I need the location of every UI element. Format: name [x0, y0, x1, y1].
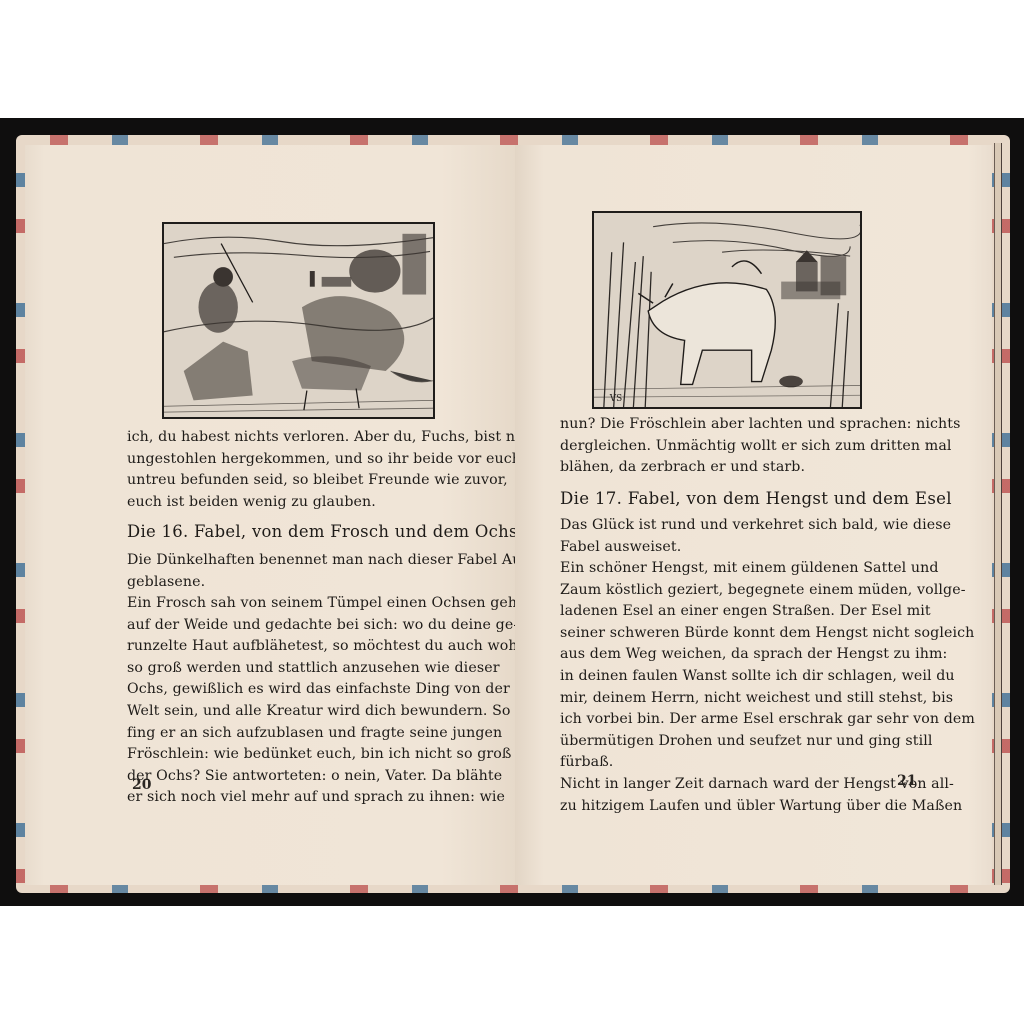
- text-line: Zaum köstlich geziert, begegnete einem m…: [560, 580, 922, 602]
- page-number-left: 20: [132, 777, 151, 793]
- text-line: Nicht in langer Zeit darnach ward der He…: [560, 774, 922, 796]
- text-line: untreu befunden seid, so bleibet Freunde…: [127, 470, 477, 492]
- text-line: ich vorbei bin. Der arme Esel erschrak g…: [560, 709, 922, 731]
- text-line: in deinen faulen Wanst sollte ich dir sc…: [560, 666, 922, 688]
- text-line: auf der Weide und gedachte bei sich: wo …: [127, 615, 477, 637]
- page-number-right: 21: [897, 773, 916, 789]
- fable-16-heading: Die 16. Fabel, von dem Frosch und dem Oc…: [127, 522, 539, 541]
- text-line: der Ochs? Sie antworteten: o nein, Vater…: [127, 766, 477, 788]
- text-line: Welt sein, und alle Kreatur wird dich be…: [127, 701, 477, 723]
- text-line: ungestohlen hergekommen, und so ihr beid…: [127, 449, 477, 471]
- text-line: euch ist beiden wenig zu glauben.: [127, 492, 477, 514]
- monkey-and-foxes-woodcut-icon: [164, 224, 433, 417]
- text-line: runzelte Haut aufblähetest, so möchtest …: [127, 636, 477, 658]
- text-line: nun? Die Fröschlein aber lachten und spr…: [560, 414, 922, 436]
- text-line: er sich noch viel mehr auf und sprach zu…: [127, 787, 477, 809]
- text-line: Ochs, gewißlich es wird das einfachste D…: [127, 679, 477, 701]
- text-line: fing er an sich aufzublasen und fragte s…: [127, 723, 477, 745]
- text-line: so groß werden und stattlich anzusehen w…: [127, 658, 477, 680]
- text-line: Das Glück ist rund und verkehret sich ba…: [560, 515, 922, 537]
- text-line: ladenen Esel an einer engen Straßen. Der…: [560, 601, 922, 623]
- text-line: Ein Frosch sah von seinem Tümpel einen O…: [127, 593, 477, 615]
- text-line: zu hitzigem Laufen und übler Wartung übe…: [560, 796, 922, 818]
- right-continued-text: nun? Die Fröschlein aber lachten und spr…: [560, 414, 922, 479]
- right-woodcut-illustration: VS: [592, 211, 862, 409]
- text-line: dergleichen. Unmächtig wollt er sich zum…: [560, 436, 922, 458]
- text-line: ich, du habest nichts verloren. Aber du,…: [127, 427, 477, 449]
- text-line: aus dem Weg weichen, da sprach der Hengs…: [560, 644, 922, 666]
- text-line: Die Dünkelhaften benennet man nach diese…: [127, 550, 477, 572]
- svg-text:VS: VS: [609, 394, 622, 404]
- ox-and-frog-woodcut-icon: VS: [594, 213, 860, 407]
- fable-17-heading: Die 17. Fabel, von dem Hengst und dem Es…: [560, 489, 952, 508]
- text-line: fürbaß.: [560, 752, 922, 774]
- text-line: mir, deinem Herrn, nicht weichest und st…: [560, 688, 922, 710]
- fable-17-moral: Das Glück ist rund und verkehret sich ba…: [560, 515, 922, 558]
- left-woodcut-illustration: [162, 222, 435, 419]
- text-line: geblasene.: [127, 572, 477, 594]
- text-line: Ein schöner Hengst, mit einem güldenen S…: [560, 558, 922, 580]
- fable-16-body: Ein Frosch sah von seinem Tümpel einen O…: [127, 593, 477, 809]
- page-edge: [994, 143, 1002, 885]
- left-continued-text: ich, du habest nichts verloren. Aber du,…: [127, 427, 477, 513]
- text-line: übermütigen Drohen und seufzet nur und g…: [560, 731, 922, 753]
- text-line: Fröschlein: wie bedünket euch, bin ich n…: [127, 744, 477, 766]
- text-line: seiner schweren Bürde konnt dem Hengst n…: [560, 623, 922, 645]
- text-line: Fabel ausweiset.: [560, 537, 922, 559]
- fable-16-moral: Die Dünkelhaften benennet man nach diese…: [127, 550, 477, 593]
- fable-17-body: Ein schöner Hengst, mit einem güldenen S…: [560, 558, 922, 817]
- text-line: blähen, da zerbrach er und starb.: [560, 457, 922, 479]
